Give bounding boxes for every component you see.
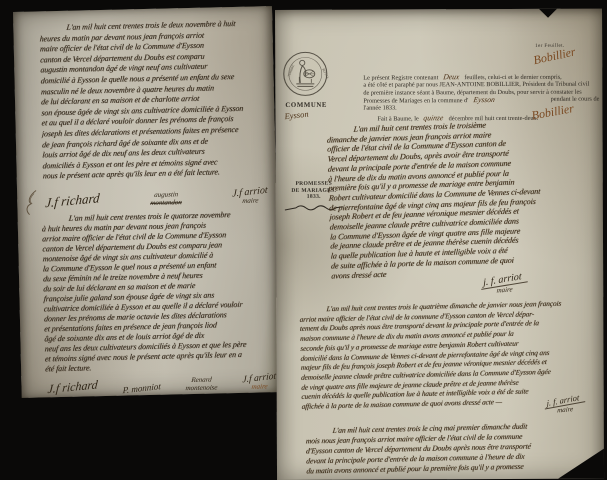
seal-text-right: ROYAL [321,68,329,80]
handwritten-date-day: quinze [418,114,449,121]
signature-row-act2: J.f richard P. monniot Renard montenoise… [47,369,276,395]
birth-act-paragraph-2: L'an mil huit cent trentes trois le quat… [42,209,275,374]
header-line4-pre: Promesses de Mariages en la commune d' [363,97,468,104]
header-line4-post: pendant le cours de [551,95,600,103]
signature-monniot: P. monniot [123,381,161,395]
handwritten-sheet-count: Deux [438,73,465,80]
signature-montandon: augustin montandon [150,190,182,207]
signature-mayor-act2: J.f arriot maire [243,374,277,391]
publication-act-1: L'an mil huit cent trentes trois le troi… [326,117,603,281]
signature-mayor-right-act2: j. f. arriot maire [544,394,587,416]
header-line1-pre: Le présent Registre contenant [363,74,438,81]
seal-text-left: TIMBRE [287,64,295,77]
header-date-pre: Fait à Baume, le [377,115,418,122]
handwritten-commune-name: Eysson [468,96,501,103]
document-scan: L'an mil huit cent trentes trois le deux… [0,0,607,480]
birth-act-paragraph-1: L'an mil huit cent trentes trois le deux… [39,18,268,182]
signature-richard-2: J.f richard [47,377,98,397]
commune-name-handwritten: Eysson [284,109,309,122]
publication-act-2: L'an mil huit cent trentes trois le quat… [299,298,601,412]
signature-montenoise: Renard montenoise [186,375,218,392]
header-line1-post: feuillets, celui-ci et le dernier compri… [464,74,561,81]
signature-mayor-right-act1: j. f. arriot maire [481,274,529,295]
publication-act-3: L'an mil huit cent trentes trois le cinq… [305,420,598,476]
signature-mayor-act1: J.f arriot maire [233,188,269,205]
timbre-royal-stamp-seal: TIMBRE ROYAL [281,50,329,98]
page-fold-notch [539,9,557,18]
signature-richard: J.f richard [45,190,101,211]
signature-row-act1: J.f richard augustin montandon J.f arrio… [45,182,268,209]
right-register-page: TIMBRE ROYAL 1er Feuillet. Bobillier Le … [275,9,604,480]
ink-flourish-mark [23,189,40,215]
left-register-page: L'an mil huit cent trentes trois le deux… [13,6,281,398]
